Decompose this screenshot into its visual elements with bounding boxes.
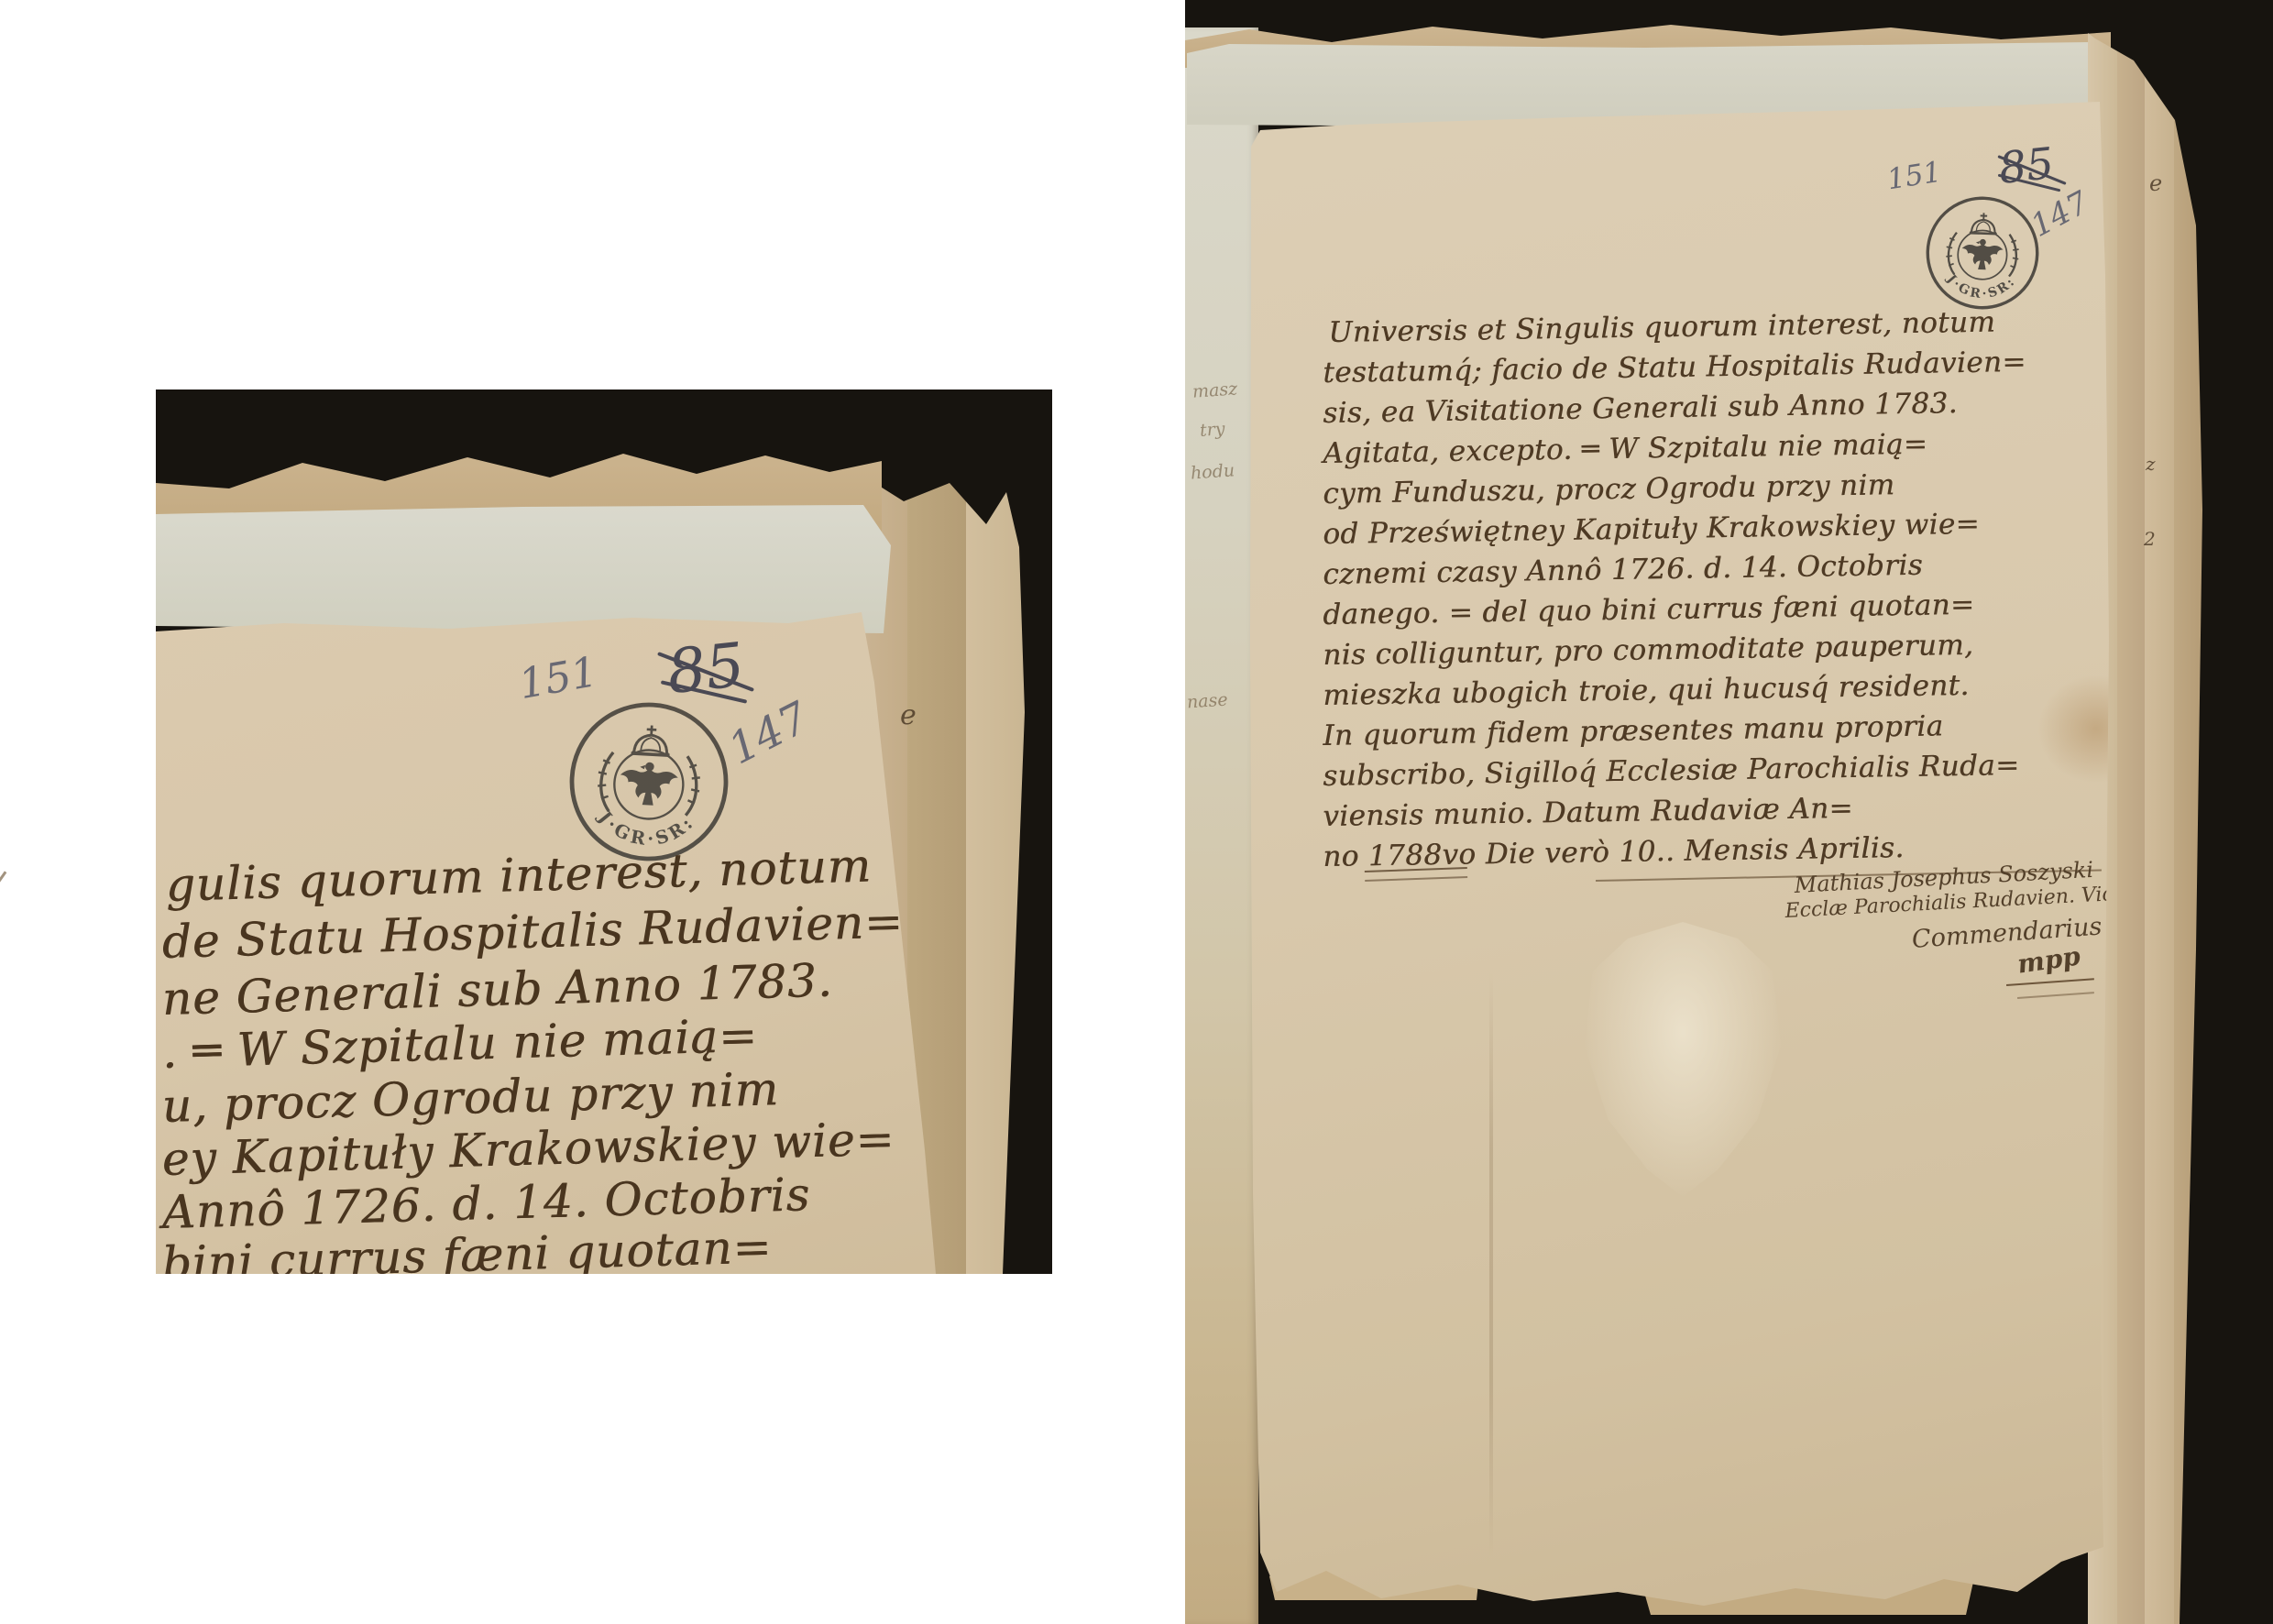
manuscript-line: od Przeświętney Kapituły Krakowskiey wie… xyxy=(1323,508,1980,551)
underleaf-pale-strip xyxy=(156,505,891,633)
full-page-photo: masz try hodu nase e z 2 151 85 147 xyxy=(1185,0,2273,1624)
manuscript-line: Agitata, excepto. ═ W Szpitalu nie maią= xyxy=(1323,428,1927,470)
detail-crop-photo: e z ) 151 85 147 gulis quorum interest, … xyxy=(156,390,1052,1274)
manuscript-line: subscribo, Sigilloq́ Ecclesiæ Parochiali… xyxy=(1323,749,2020,793)
embossed-seal xyxy=(1585,922,1781,1197)
bleedthrough-fragment: try xyxy=(1199,419,1225,441)
manuscript-line: cznemi czasy Annô 1726. d. 14. Octobris xyxy=(1323,549,1923,591)
edge-ink-mark: 2 xyxy=(2144,528,2156,550)
underleaf-left-strip: masz try hodu nase xyxy=(1185,27,1258,1624)
page-edge-band xyxy=(2117,33,2145,1624)
paper-crease xyxy=(1489,971,1493,1558)
manuscript-line: viensis munio. Datum Rudaviæ An= xyxy=(1323,792,1853,833)
signature-flourish-rule xyxy=(2017,992,2094,999)
manuscript-line: sis, ea Visitatione Generali sub Anno 17… xyxy=(1323,387,1958,430)
manuscript-line: Universis et Singulis quorum interest, n… xyxy=(1328,306,1995,349)
folio-number-pencil: 151 xyxy=(1885,156,1944,197)
notarial-stamp xyxy=(562,695,735,868)
manuscript-line: In quorum fidem præsentes manu propria xyxy=(1323,709,1944,752)
signature-subscript: mpp xyxy=(2015,940,2082,979)
manuscript-line: cym Funduszu, procz Ogrodu przy nim xyxy=(1323,468,1895,510)
year-double-underline xyxy=(1365,867,1467,882)
manuscript-line: no 1788vo Die verò 10.. Mensis Aprilis. xyxy=(1323,831,1905,873)
folio-number-crossed: 85 xyxy=(664,630,748,708)
edge-ink-mark: e xyxy=(2149,170,2162,196)
page-edge-band xyxy=(966,437,1052,1274)
stray-ink-speck xyxy=(0,871,12,886)
edge-ink-mark: e xyxy=(900,699,917,731)
bleedthrough-fragment: hodu xyxy=(1190,460,1235,483)
notarial-stamp xyxy=(1922,192,2043,313)
manuscript-line: nis colliguntur, pro commoditate pauperu… xyxy=(1323,629,1974,672)
page-edge-band xyxy=(2174,33,2207,1624)
paper-stain xyxy=(2037,674,2111,784)
manuscript-line: danego. = del quo bini currus fæni quota… xyxy=(1323,588,1975,631)
manuscript-line: testatumq́; facio de Statu Hospitalis Ru… xyxy=(1323,346,2026,390)
edge-ink-mark: z xyxy=(2146,453,2156,475)
manuscript-line: mieszka ubogich troie, qui hucusq́ resid… xyxy=(1323,669,1970,712)
bleedthrough-fragment: masz xyxy=(1191,379,1238,401)
bleedthrough-fragment: nase xyxy=(1186,689,1228,712)
page-edge-band xyxy=(2145,33,2174,1624)
